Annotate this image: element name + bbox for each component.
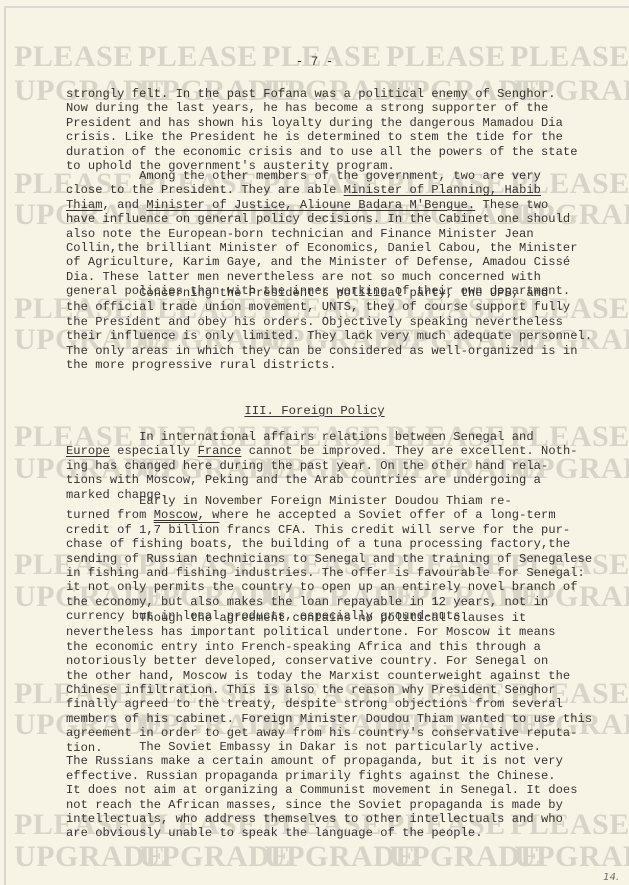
section-heading-foreign-policy: III. Foreign Policy bbox=[0, 404, 629, 418]
page-number: - 7 - bbox=[0, 55, 629, 69]
paragraph-soviet-embassy: The Soviet Embassy in Dakar is not parti… bbox=[66, 740, 606, 841]
paragraph-political-undertone: Though the agreement contains no politic… bbox=[66, 611, 606, 755]
paragraph-political-party: Concerning the President's political par… bbox=[66, 286, 606, 372]
handwritten-page-note: 14. bbox=[603, 872, 619, 883]
underlined-minister-justice: Minister of Justice, Alioune Badara M'Be… bbox=[146, 198, 475, 212]
underlined-moscow: Moscow bbox=[154, 508, 198, 522]
underlined-thiam: Thiam bbox=[66, 198, 103, 212]
underlined-europe: Europe bbox=[66, 444, 110, 458]
paragraph-moscow-credit: Early in November Foreign Minister Doudo… bbox=[66, 494, 606, 624]
underlined-france: France bbox=[198, 444, 242, 458]
paragraph-fofana: strongly felt. In the past Fofana was a … bbox=[66, 87, 606, 173]
overlined-7-billion: 7 billion bbox=[154, 523, 220, 537]
document-content: - 7 - strongly felt. In the past Fofana … bbox=[0, 0, 629, 885]
underlined-minister-planning: Minister of Planning, Habib bbox=[344, 183, 541, 197]
paragraph-government-members: Among the other members of the governmen… bbox=[66, 169, 606, 299]
paragraph-international-affairs: In international affairs relations betwe… bbox=[66, 430, 606, 502]
